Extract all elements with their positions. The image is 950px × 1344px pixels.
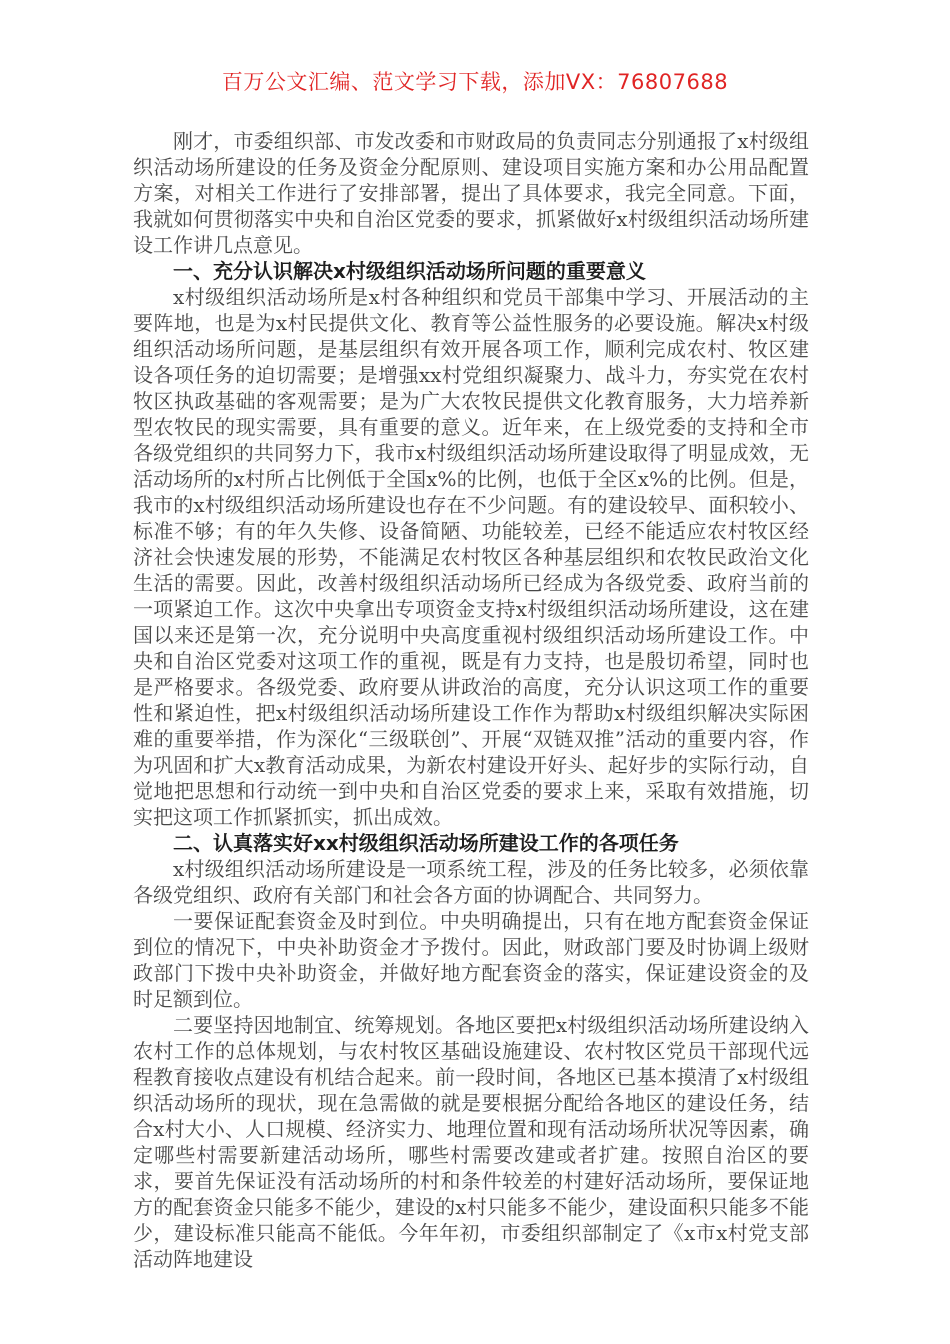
section-heading-2: 二、认真落实好xx村级组织活动场所建设工作的各项任务 xyxy=(133,830,809,856)
paragraph-intro: 刚才，市委组织部、市发改委和市财政局的负责同志分别通报了x村级组织活动场所建设的… xyxy=(133,128,809,258)
document-page: 百万公文汇编、范文学习下载，添加VX：76807688 刚才，市委组织部、市发改… xyxy=(0,0,950,1344)
paragraph-task-2: 二要坚持因地制宜、统筹规划。各地区要把x村级组织活动场所建设纳入农村工作的总体规… xyxy=(133,1012,809,1272)
paragraph-task-1: 一要保证配套资金及时到位。中央明确提出，只有在地方配套资金保证到位的情况下，中央… xyxy=(133,908,809,1012)
section-heading-1: 一、充分认识解决x村级组织活动场所问题的重要意义 xyxy=(133,258,809,284)
document-body: 刚才，市委组织部、市发改委和市财政局的负责同志分别通报了x村级组织活动场所建设的… xyxy=(133,128,809,1272)
paragraph-section1-body: x村级组织活动场所是x村各种组织和党员干部集中学习、开展活动的主要阵地，也是为x… xyxy=(133,284,809,830)
paragraph-section2-intro: x村级组织活动场所建设是一项系统工程，涉及的任务比较多，必须依靠各级党组织、政府… xyxy=(133,856,809,908)
promo-header-text: 百万公文汇编、范文学习下载，添加VX：76807688 xyxy=(0,68,950,96)
